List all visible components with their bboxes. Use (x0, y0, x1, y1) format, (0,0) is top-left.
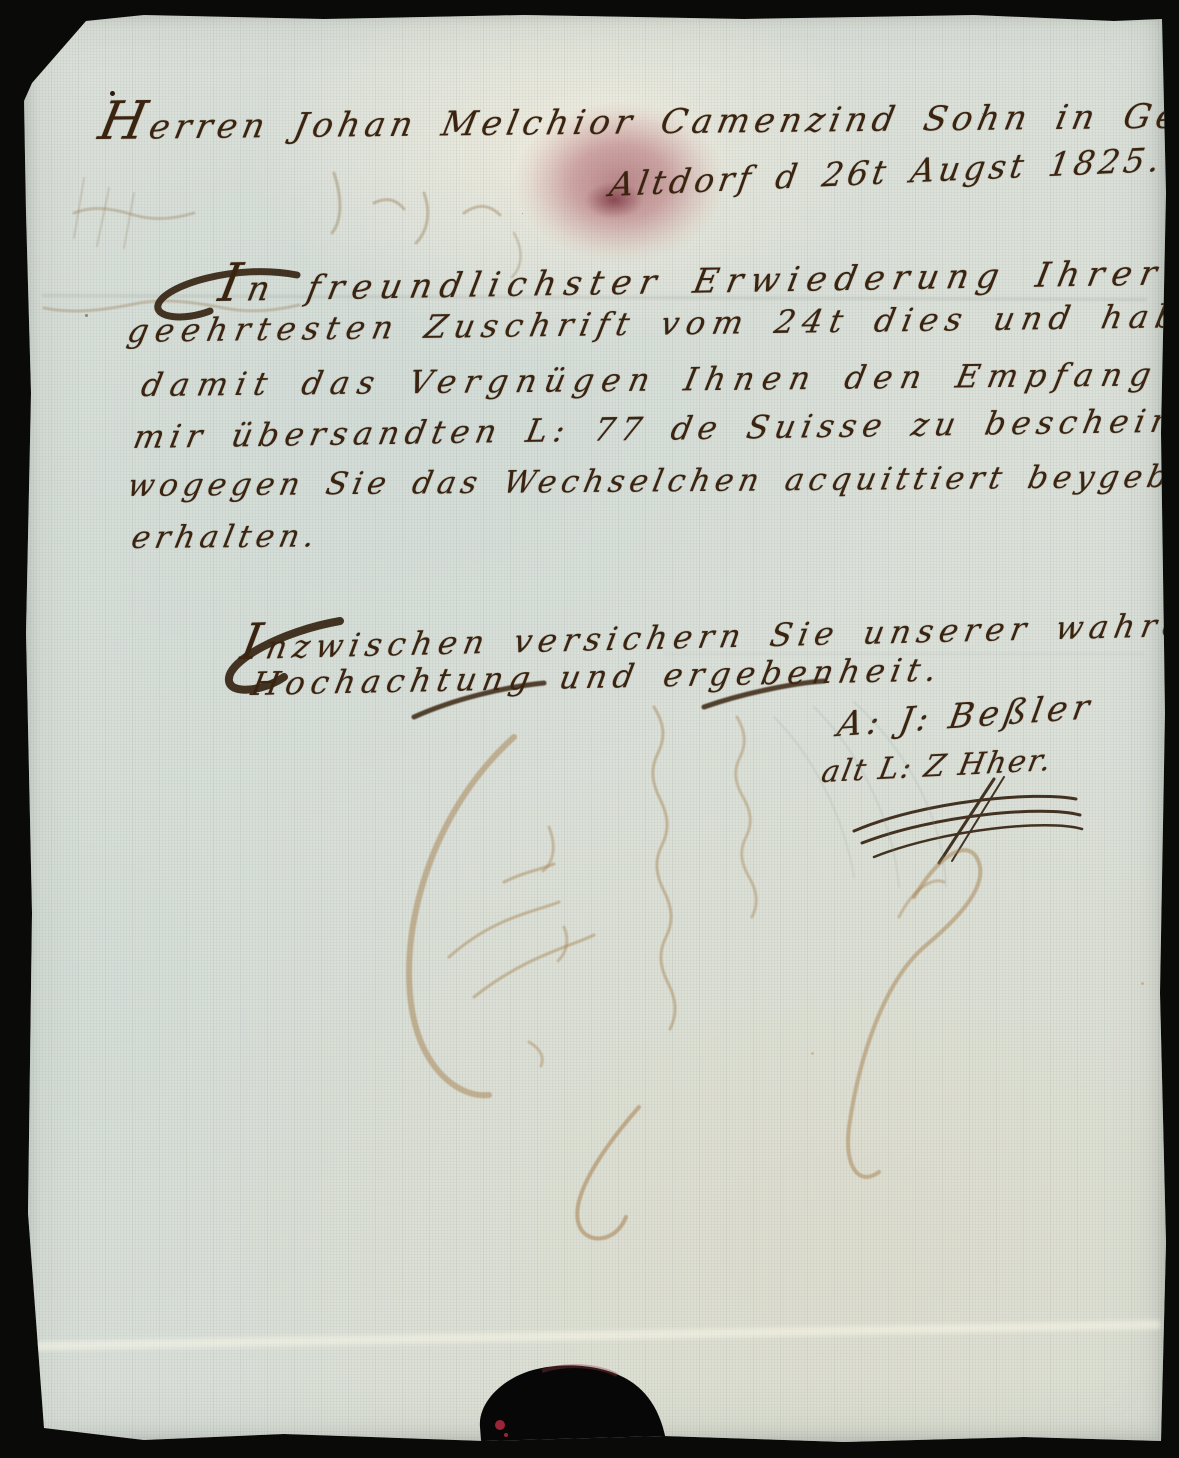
wax-fleck (495, 1420, 505, 1430)
dateline: Altdorf d 26t Augst 1825. (607, 140, 1167, 204)
fold-crease (30, 1320, 1160, 1351)
body-line: erhalten. (128, 518, 322, 556)
scan-background: Herren Johan Melchior Camenzind Sohn in … (0, 0, 1179, 1458)
letter-paper: Herren Johan Melchior Camenzind Sohn in … (24, 13, 1166, 1444)
ghost-writing-center (354, 677, 894, 1237)
body-line: wogegen Sie das Wechselchen acquittiert … (124, 458, 1179, 504)
seal-tear-hole (472, 1353, 672, 1453)
address-line: Herren Johan Melchior Camenzind Sohn in … (94, 78, 1179, 152)
body-line: mir übersandten L: 77 de Suisse zu besch… (130, 400, 1179, 456)
